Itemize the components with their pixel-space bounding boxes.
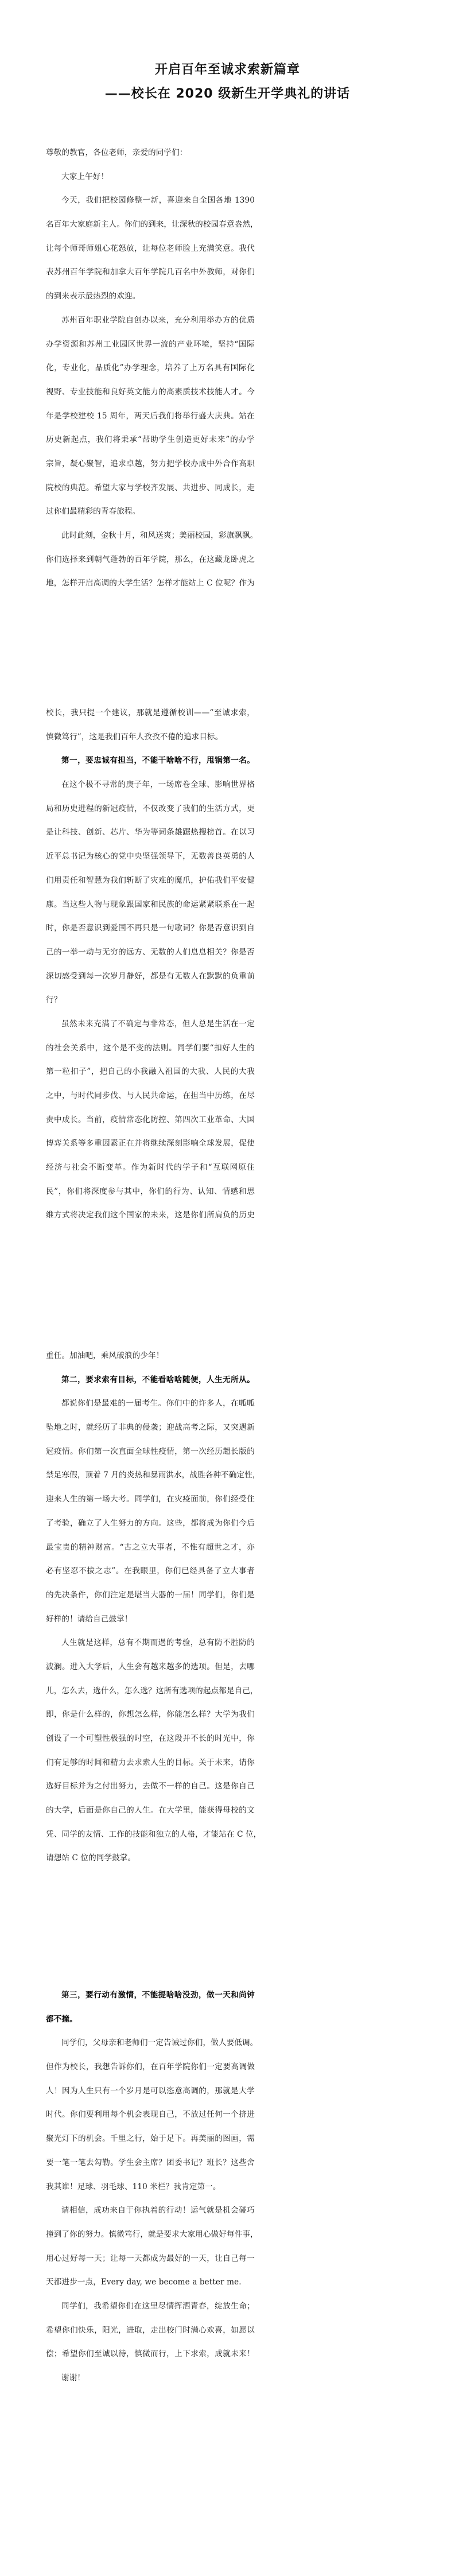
title-line-1: 开启百年至诚求索新篇章 (0, 58, 455, 82)
paragraph-line: 大家上午好！ (46, 165, 255, 189)
paragraph-line: 宗旨，凝心聚智，追求卓越，努力把学校办成中外合作高职 (46, 452, 255, 476)
paragraph-line: 院校的典范。希望大家与学校齐发展、共进步、同成长，走 (46, 476, 255, 501)
paragraph-line: 局和历史进程的新冠疫情，不仅改变了我们的生活方式，更 (46, 797, 255, 821)
paragraph-line: 维方式将决定我们这个国家的未来，这是你们所肩负的历史 (46, 1204, 255, 1228)
paragraph-line: 名百年大家庭新主人。你们的到来，让深秋的校园春意盎然， (46, 213, 255, 237)
paragraph-line: 聚光灯下的机会。千里之行，始于足下。再美丽的图画，需 (46, 2127, 255, 2151)
paragraph-line: 但作为校长，我想告诉你们，在百年学院你们一定要高调做 (46, 2055, 255, 2080)
paragraph-line: 冠疫情。你们第一次直面全球性疫情，第一次经历超长版的 (46, 1440, 255, 1464)
paragraph-line: 重任。加油吧，乘风破浪的少年！ (46, 1344, 255, 1368)
paragraph-line: 波澜。进入大学后，人生会有越来越多的选项。但是，去哪 (46, 1655, 255, 1679)
paragraph-line: 天都进步一点，Every day, we become a better me. (46, 2271, 255, 2295)
page-1-body: 尊敬的教官，各位老师，亲爱的同学们：大家上午好！今天，我们把校园修整一新，喜迎来… (46, 141, 255, 596)
title-line-2: ——校长在 2020 级新生开学典礼的讲话 (0, 82, 455, 106)
paragraph-line: 让每个师哥师姐心花怒放，让每位老师脸上充满笑意。我代 (46, 237, 255, 261)
paragraph-line: 最宝贵的精神财富。“古之立大事者，不惟有超世之才，亦 (46, 1536, 255, 1560)
paragraph-line: 历史新起点，我们将秉承“帮助学生创造更好未来”的办学 (46, 428, 255, 452)
paragraph-line: 博弈关系等多重因素正在并将继续深刻影响全球发展，促使 (46, 1132, 255, 1156)
paragraph-line: 尊敬的教官，各位老师，亲爱的同学们： (46, 141, 255, 165)
paragraph-line: 表苏州百年学院和加拿大百年学院几百名中外教师，对你们 (46, 261, 255, 285)
paragraph-line: 请相信，成功来自于你执着的行动！运气就是机会碰巧 (46, 2199, 255, 2223)
paragraph-line: 撞到了你的努力。慎微笃行，就是要求大家用心做好每件事， (46, 2223, 255, 2247)
paragraph-line: 禁足寒假，顶着 7 月的炎热和暴雨洪水，战胜各种不确定性， (46, 1464, 255, 1488)
paragraph-line: 康。当这些人物与现象跟国家和民族的命运紧紧联系在一起 (46, 893, 255, 917)
paragraph-line: 们用责任和智慧为我们斩断了灾难的魔爪，护佑我们平安健 (46, 869, 255, 893)
paragraph-line: 责中成长。当前，疫情常态化防控、第四次工业革命、大国 (46, 1108, 255, 1132)
paragraph-line: 都说你们是最难的一届考生。你们中的许多人，在呱呱 (46, 1392, 255, 1416)
paragraph-line: 儿，怎么去，选什么，怎么选？这所有选项的起点都是自己， (46, 1679, 255, 1704)
paragraph-line: 苏州百年职业学院自创办以来，充分利用举办方的优质 (46, 309, 255, 333)
paragraph-line: 年是学校建校 15 周年，两天后我们将举行盛大庆典。站在 (46, 405, 255, 429)
paragraph-line: 我其谁！足球、羽毛球、110 米栏？我肯定第一。 (46, 2175, 255, 2199)
paragraph-line: 今天，我们把校园修整一新，喜迎来自全国各地 1390 (46, 189, 255, 213)
section-heading-line: 第一，要忠诚有担当，不能干啥啥不行，甩锅第一名。 (46, 749, 255, 773)
paragraph-line: 同学们，我希望你们在这里尽情挥洒青春，绽放生命； (46, 2295, 255, 2319)
paragraph-line: 人！因为人生只有一个岁月是可以恣意高调的，那就是大学 (46, 2080, 255, 2104)
paragraph-line: 的社会关系中，这个是不变的法则。同学们要“扣好人生的 (46, 1037, 255, 1061)
paragraph-line: 办学资源和苏州工业园区世界一流的产业环境，坚持“国际 (46, 333, 255, 357)
paragraph-line: 时代。你们要利用每个机会表现自己，不放过任何一个挤进 (46, 2103, 255, 2127)
paragraph-line: 人生就是这样，总有不期而遇的考验，总有防不胜防的 (46, 1631, 255, 1655)
paragraph-line: 时，你是否意识到爱国不再只是一句歌词？你是否意识到自 (46, 917, 255, 941)
paragraph-line: 好样的！请给自己鼓掌！ (46, 1608, 255, 1632)
paragraph-line: 行？ (46, 988, 255, 1012)
paragraph-line: 的先决条件，你们注定是堪当大器的一届！同学们，你们是 (46, 1584, 255, 1608)
paragraph-line: 是让科技、创新、芯片、华为等词条雄踞热搜榜首。在以习 (46, 821, 255, 845)
paragraph-line: 经济与社会不断变革。作为新时代的学子和“互联网原住 (46, 1156, 255, 1180)
paragraph-line: 坠地之时，就经历了非典的侵袭；迎战高考之际，又突遇新 (46, 1416, 255, 1440)
paragraph-line: 校长，我只提一个建议，那就是遵循校训——“至诚求索， (46, 701, 255, 726)
paragraph-line: 即，你是什么样的，你想怎么样，你能怎么样？大学为我们 (46, 1703, 255, 1727)
paragraph-line: 的大学，后面是你自己的人生。在大学里，能获得母校的文 (46, 1799, 255, 1823)
paragraph-line: 请想站 C 位的同学鼓掌。 (46, 1846, 255, 1871)
paragraph-line: 慎微笃行”，这是我们百年人孜孜不倦的追求目标。 (46, 726, 255, 750)
section-heading-line: 第二，要求索有目标，不能看啥啥随便，人生无所从。 (46, 1368, 255, 1392)
paragraph-line: 创设了一个可塑性极强的时空，在这段并不长的时光中，你 (46, 1727, 255, 1751)
paragraph-line: 用心过好每一天；让每一天都成为最好的一天，让自己每一 (46, 2247, 255, 2271)
paragraph-line: 己的一举一动与无穷的远方、无数的人们息息相关？你是否 (46, 941, 255, 965)
section-heading-line: 都不撞。 (46, 2008, 255, 2032)
page-4-body: 第三，要行动有激情，不能提啥啥没劲，做一天和尚钟都不撞。同学们，父母亲和老师们一… (46, 1984, 255, 2391)
document-title: 开启百年至诚求索新篇章 ——校长在 2020 级新生开学典礼的讲话 (0, 58, 455, 106)
paragraph-line: 希望你们快乐，阳光，进取，走出校门时满心欢喜，如愿以 (46, 2319, 255, 2343)
paragraph-line: 的到来表示最热烈的欢迎。 (46, 285, 255, 309)
paragraph-line: 同学们，父母亲和老师们一定告诫过你们，做人要低调。 (46, 2031, 255, 2055)
paragraph-line: 近平总书记为核心的党中央坚强领导下，无数善良英勇的人 (46, 845, 255, 869)
paragraph-line: 选好目标并为之付出努力，去做不一样的自己。这是你自己 (46, 1775, 255, 1799)
paragraph-line: 之中，与时代同步伐、与人民共命运，在担当中历练，在尽 (46, 1084, 255, 1108)
paragraph-line: 迎来人生的第一场大考。同学们，在灾疫面前，你们经受住 (46, 1488, 255, 1512)
paragraph-line: 过你们最精彩的青春旅程。 (46, 500, 255, 524)
paragraph-line: 们有足够的时间和精力去求索人生的目标。关于未来，请你 (46, 1751, 255, 1775)
page-2-body: 校长，我只提一个建议，那就是遵循校训——“至诚求索，慎微笃行”，这是我们百年人孜… (46, 701, 255, 1228)
paragraph-line: 第一粒扣子”，把自己的小我融入祖国的大我、人民的大我 (46, 1060, 255, 1084)
paragraph-line: 民”，你们将深度参与其中，你们的行为、认知、情感和思 (46, 1180, 255, 1204)
paragraph-line: 了考验，确立了人生努力的方向。这些，都将成为你们今后 (46, 1512, 255, 1536)
paragraph-line: 地，怎样开启高调的大学生活？怎样才能站上 C 位呢？作为 (46, 572, 255, 596)
section-heading-line: 第三，要行动有激情，不能提啥啥没劲，做一天和尚钟 (46, 1984, 255, 2008)
paragraph-line: 必有坚忍不拔之志”。在我眼里，你们已经具备了立大事者 (46, 1559, 255, 1584)
paragraph-line: 偿；希望你们至诚以待，慎微而行，上下求索，成就未来！ (46, 2342, 255, 2366)
paragraph-line: 化，专业化，品质化”办学理念，培养了上万名具有国际化 (46, 356, 255, 381)
paragraph-line: 你们选择来到朝气蓬勃的百年学院，那么，在这藏龙卧虎之 (46, 548, 255, 572)
paragraph-line: 凭、同学的友情、工作的技能和独立的人格，才能站在 C 位， (46, 1823, 255, 1847)
paragraph-line: 虽然未来充满了不确定与非常态，但人总是生活在一定 (46, 1012, 255, 1037)
paragraph-line: 视野、专业技能和良好英文能力的高素质技术技能人才。今 (46, 381, 255, 405)
paragraph-line: 深切感受到每一次岁月静好，都是有无数人在默默的负重前 (46, 965, 255, 989)
paragraph-line: 谢谢！ (46, 2366, 255, 2391)
paragraph-line: 要一笔一笔去勾勒。学生会主席？团委书记？班长？这些舍 (46, 2151, 255, 2175)
paragraph-line: 此时此刻，金秋十月，和风送爽；美丽校园，彩旗飘飘。 (46, 524, 255, 548)
page-3-body: 重任。加油吧，乘风破浪的少年！第二，要求索有目标，不能看啥啥随便，人生无所从。都… (46, 1344, 255, 1871)
paragraph-line: 在这个极不寻常的庚子年，一场席卷全球、影响世界格 (46, 773, 255, 797)
